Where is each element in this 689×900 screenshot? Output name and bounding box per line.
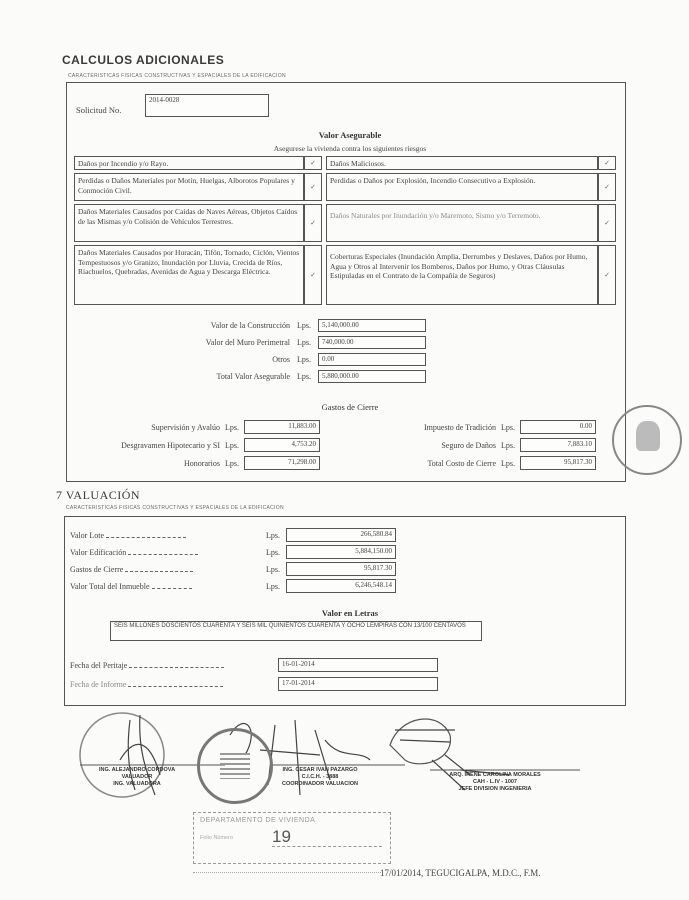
- risk-checkbox[interactable]: ✓: [304, 245, 322, 305]
- fecha-label: Fecha del Peritaje: [70, 661, 278, 670]
- section-subtitle-valuacion: CARACTERISTICAS FISICAS CONSTRUCTIVAS Y …: [66, 505, 284, 511]
- gasto-field[interactable]: 71,298.00: [244, 456, 320, 470]
- currency-label: Lps.: [290, 372, 318, 381]
- currency-label: Lps.: [290, 338, 318, 347]
- currency-label: Lps.: [220, 548, 286, 557]
- footer-date-place: 17/01/2014, TEGUCIGALPA, M.D.C., F.M.: [380, 868, 541, 878]
- stamp-emblem-icon: [220, 753, 250, 779]
- valor-row: Valor del Muro Perimetral Lps. 740,000.0…: [150, 336, 440, 349]
- folio-underline: [272, 846, 382, 847]
- risk-row: Coberturas Especiales (Inundación Amplia…: [326, 245, 616, 305]
- gasto-row: Seguro de Daños Lps. 7,883.10: [350, 438, 610, 452]
- fecha-label: Fecha de Informe: [70, 680, 278, 689]
- risk-text: Daños Naturales por Inundación y/o Marem…: [326, 204, 598, 242]
- valor-asegurable-subtitle: Asegurese la vivienda contra los siguien…: [150, 144, 550, 153]
- valuacion-field[interactable]: 95,817.30: [286, 562, 396, 576]
- valuacion-list: Valor Lote Lps. 266,580.84 Valor Edifica…: [70, 528, 450, 593]
- risk-checkbox[interactable]: ✓: [304, 204, 322, 242]
- official-seal-stamp: [612, 405, 682, 475]
- footer-dotted-line: [193, 872, 383, 873]
- risk-checkbox[interactable]: ✓: [598, 173, 616, 201]
- risk-text: Perdidas o Daños Materiales por Motín, H…: [74, 173, 304, 201]
- signature-block-valuador: ING. ALEJANDRO CORDOVA VALUADOR ING. VAL…: [82, 767, 192, 788]
- gasto-label: Seguro de Daños: [350, 441, 496, 450]
- folio-stamp-box: DEPARTAMENTO DE VIVIENDA Folio Número 19: [193, 812, 391, 864]
- check-icon: ✓: [604, 159, 610, 167]
- risk-row: Daños Naturales por Inundación y/o Marem…: [326, 204, 616, 242]
- gasto-row: Supervisión y Avalúo Lps. 11,883.00: [70, 420, 330, 434]
- valor-field[interactable]: 5,880,000.00: [318, 370, 426, 383]
- valor-field[interactable]: 740,000.00: [318, 336, 426, 349]
- risk-text: Daños Materiales Causados por Huracán, T…: [74, 245, 304, 305]
- currency-label: Lps.: [220, 531, 286, 540]
- valuacion-label: Gastos de Cierre: [70, 565, 220, 574]
- risk-row: Daños Materiales Causados por Huracán, T…: [74, 245, 322, 305]
- gasto-row: Desgravamen Hipotecario y SI Lps. 4,753.…: [70, 438, 330, 452]
- check-icon: ✓: [310, 219, 316, 227]
- fecha-informe-field[interactable]: 17-01-2014: [278, 677, 438, 691]
- valuacion-row: Valor Total del Inmueble Lps. 6,246,548.…: [70, 579, 450, 593]
- valor-field[interactable]: 0.00: [318, 353, 426, 366]
- risk-row: Perdidas o Daños Materiales por Motín, H…: [74, 173, 322, 201]
- currency-label: Lps.: [220, 565, 286, 574]
- gasto-field[interactable]: 7,883.10: [520, 438, 596, 452]
- valuacion-row: Gastos de Cierre Lps. 95,817.30: [70, 562, 450, 576]
- check-icon: ✓: [604, 183, 610, 191]
- check-icon: ✓: [604, 271, 610, 279]
- fecha-row: Fecha del Peritaje 16-01-2014: [70, 658, 450, 672]
- valor-letras-title: Valor en Letras: [250, 608, 450, 618]
- risk-row: Daños por Incendio y/o Rayo. ✓: [74, 156, 322, 170]
- folio-number: 19: [272, 827, 291, 847]
- valor-label: Valor de la Construcción: [150, 321, 290, 330]
- risk-checkbox[interactable]: ✓: [304, 173, 322, 201]
- check-icon: ✓: [604, 219, 610, 227]
- currency-label: Lps.: [220, 441, 244, 450]
- valor-label: Otros: [150, 355, 290, 364]
- seal-emblem-icon: [636, 421, 660, 451]
- risk-list-right: Daños Maliciosos. ✓ Perdidas o Daños por…: [326, 156, 616, 305]
- solicitud-field[interactable]: 2014-0028: [145, 94, 269, 117]
- gasto-field[interactable]: 11,883.00: [244, 420, 320, 434]
- signatures-scribbles: [60, 700, 640, 810]
- gasto-label: Honorarios: [70, 459, 220, 468]
- currency-label: Lps.: [220, 423, 244, 432]
- valores-list: Valor de la Construcción Lps. 5,140,000.…: [150, 319, 440, 383]
- gasto-row: Honorarios Lps. 71,298.00: [70, 456, 330, 470]
- risk-row: Perdidas o Daños por Explosión, Incendio…: [326, 173, 616, 201]
- risk-text: Perdidas o Daños por Explosión, Incendio…: [326, 173, 598, 201]
- gasto-label: Supervisión y Avalúo: [70, 423, 220, 432]
- section-title-calculos: CALCULOS ADICIONALES: [62, 53, 224, 67]
- gastos-right-list: Impuesto de Tradición Lps. 0.00 Seguro d…: [350, 420, 610, 470]
- currency-label: Lps.: [496, 423, 520, 432]
- gasto-label: Impuesto de Tradición: [350, 423, 496, 432]
- valor-label: Total Valor Asegurable: [150, 372, 290, 381]
- valuacion-label: Valor Lote: [70, 531, 220, 540]
- valor-asegurable-title: Valor Asegurable: [200, 130, 500, 140]
- risk-text: Daños Materiales Causados por Caídas de …: [74, 204, 304, 242]
- signature-block-jefe: ARQ. IRENE CAROLINA MORALES CAH - L.IV -…: [425, 772, 565, 793]
- valuacion-field[interactable]: 6,246,548.14: [286, 579, 396, 593]
- currency-label: Lps.: [220, 582, 286, 591]
- valuacion-row: Valor Lote Lps. 266,580.84: [70, 528, 450, 542]
- gasto-field[interactable]: 0.00: [520, 420, 596, 434]
- risk-checkbox[interactable]: ✓: [598, 245, 616, 305]
- risk-checkbox[interactable]: ✓: [304, 156, 322, 170]
- check-icon: ✓: [310, 183, 316, 191]
- gasto-label: Desgravamen Hipotecario y SI: [70, 441, 220, 450]
- gastos-title: Gastos de Cierre: [250, 402, 450, 412]
- valor-label: Valor del Muro Perimetral: [150, 338, 290, 347]
- valuacion-label: Valor Total del Inmueble: [70, 582, 220, 591]
- gasto-field[interactable]: 95,817.30: [520, 456, 596, 470]
- currency-label: Lps.: [220, 459, 244, 468]
- folio-label: Folio Número: [200, 835, 233, 841]
- risk-checkbox[interactable]: ✓: [598, 156, 616, 170]
- section-title-valuacion: 7 VALUACIÓN: [56, 488, 140, 503]
- folio-stamp-header: DEPARTAMENTO DE VIVIENDA: [200, 817, 315, 824]
- risk-row: Daños Maliciosos. ✓: [326, 156, 616, 170]
- gastos-left-list: Supervisión y Avalúo Lps. 11,883.00 Desg…: [70, 420, 330, 470]
- fechas-list: Fecha del Peritaje 16-01-2014 Fecha de I…: [70, 658, 450, 691]
- section-subtitle-calculos: CARACTERISTICAS FISICAS CONSTRUCTIVAS Y …: [68, 73, 286, 79]
- valuacion-field[interactable]: 266,580.84: [286, 528, 396, 542]
- currency-label: Lps.: [290, 355, 318, 364]
- risk-list-left: Daños por Incendio y/o Rayo. ✓ Perdidas …: [74, 156, 322, 305]
- currency-label: Lps.: [290, 321, 318, 330]
- fecha-row: Fecha de Informe 17-01-2014: [70, 677, 450, 691]
- valuacion-label: Valor Edificación: [70, 548, 220, 557]
- gasto-row: Total Costo de Cierre Lps. 95,817.30: [350, 456, 610, 470]
- valor-field[interactable]: 5,140,000.00: [318, 319, 426, 332]
- institutional-round-stamp: [197, 728, 273, 804]
- currency-label: Lps.: [496, 441, 520, 450]
- currency-label: Lps.: [496, 459, 520, 468]
- valor-letras-field[interactable]: SEIS MILLONES DOSCIENTOS CUARENTA Y SEIS…: [110, 621, 482, 641]
- check-icon: ✓: [310, 271, 316, 279]
- valuacion-row: Valor Edificación Lps. 5,884,150.00: [70, 545, 450, 559]
- fecha-peritaje-field[interactable]: 16-01-2014: [278, 658, 438, 672]
- gasto-row: Impuesto de Tradición Lps. 0.00: [350, 420, 610, 434]
- risk-checkbox[interactable]: ✓: [598, 204, 616, 242]
- valor-row: Valor de la Construcción Lps. 5,140,000.…: [150, 319, 440, 332]
- valor-row: Total Valor Asegurable Lps. 5,880,000.00: [150, 370, 440, 383]
- gasto-field[interactable]: 4,753.20: [244, 438, 320, 452]
- risk-text: Daños Maliciosos.: [326, 156, 598, 170]
- risk-text: Coberturas Especiales (Inundación Amplia…: [326, 245, 598, 305]
- risk-text: Daños por Incendio y/o Rayo.: [74, 156, 304, 170]
- check-icon: ✓: [310, 159, 316, 167]
- valor-row: Otros Lps. 0.00: [150, 353, 440, 366]
- solicitud-label: Solicitud No.: [76, 105, 121, 115]
- gasto-label: Total Costo de Cierre: [350, 459, 496, 468]
- valuacion-field[interactable]: 5,884,150.00: [286, 545, 396, 559]
- signature-block-coordinador: ING. CESAR IVAN PAZARGO C.I.C.H. - 3888 …: [260, 767, 380, 788]
- risk-row: Daños Materiales Causados por Caídas de …: [74, 204, 322, 242]
